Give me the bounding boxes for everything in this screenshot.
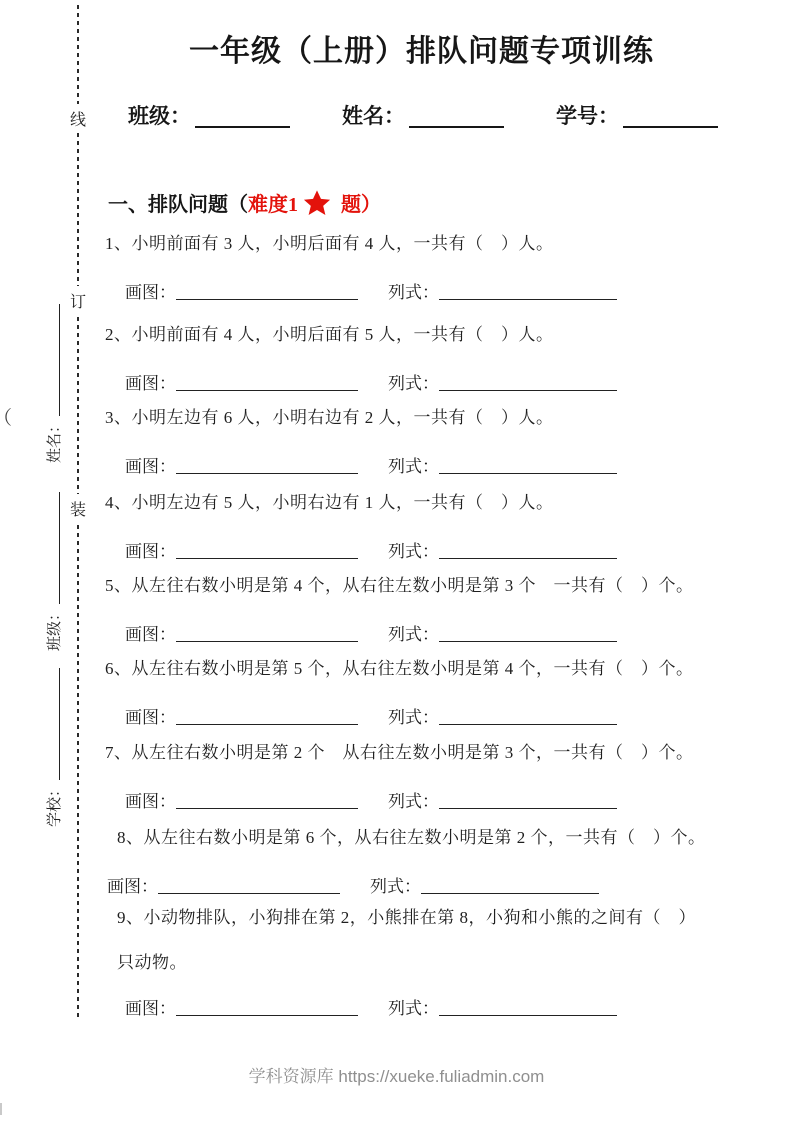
problem-7-answer-row: 画图：列式： (125, 787, 757, 812)
problem-3-text: 3、小明左边有 6 人，小明右边有 2 人，一共有（ ）人。 (105, 405, 757, 431)
problem-2-formula-blank[interactable] (439, 376, 617, 391)
worksheet-page: 线 订 装 姓名： 班级： 学校： 一年级（上册）排队问题专项训练 班级： 姓名… (0, 0, 793, 1122)
problem-9-draw-blank[interactable] (176, 1001, 358, 1016)
draw-label: 画图： (125, 283, 176, 302)
problem-4-formula-blank[interactable] (439, 544, 617, 559)
margin-field-school-blank[interactable] (58, 668, 60, 780)
problem-9: 9、小动物排队，小狗排在第 2，小熊排在第 8，小狗和小熊的之间有（ ） 只动物… (105, 905, 757, 1019)
formula-label: 列式： (388, 374, 439, 393)
problem-5: 5、从左往右数小明是第 4 个，从右往左数小明是第 3 个 一共有（ ）个。 画… (105, 573, 757, 645)
margin-field-class: 班级： (44, 461, 64, 651)
problem-7: 7、从左往右数小明是第 2 个 从右往左数小明是第 3 个，一共有（ ）个。 画… (105, 740, 757, 812)
problem-1-text: 1、小明前面有 3 人，小明后面有 4 人，一共有（ ）人。 (105, 231, 757, 257)
draw-label: 画图： (125, 625, 176, 644)
problem-8-text: 8、从左往右数小明是第 6 个，从右往左数小明是第 2 个，一共有（ ）个。 (117, 825, 757, 851)
formula-label: 列式： (370, 877, 421, 896)
footer-source-text: 学科资源库 https://xueke.fuliadmin.com (0, 1062, 793, 1087)
formula-label: 列式： (388, 283, 439, 302)
student-info-row: 班级： 姓名： 学号： (128, 100, 763, 130)
section-difficulty: 难度1 (248, 194, 298, 216)
problem-3-answer-row: 画图：列式： (125, 452, 757, 477)
field-class-label: 班级： (128, 100, 191, 130)
field-student-id-blank[interactable] (623, 124, 718, 128)
problem-5-draw-blank[interactable] (176, 627, 358, 642)
margin-field-school: 学校： (44, 637, 64, 827)
draw-label: 画图： (125, 374, 176, 393)
formula-label: 列式： (388, 625, 439, 644)
page-title: 一年级（上册）排队问题专项训练 (80, 26, 763, 70)
margin-field-name-label: 姓名： (43, 418, 64, 463)
problem-5-formula-blank[interactable] (439, 627, 617, 642)
problem-8-formula-blank[interactable] (421, 879, 599, 894)
binding-char-xian: 线 (66, 104, 90, 133)
binding-char-zhuang: 装 (66, 494, 90, 523)
draw-label: 画图： (125, 457, 176, 476)
formula-label: 列式： (388, 542, 439, 561)
problem-7-draw-blank[interactable] (176, 794, 358, 809)
field-student-id-label: 学号： (556, 100, 619, 130)
problem-6-formula-blank[interactable] (439, 710, 617, 725)
field-class-blank[interactable] (195, 124, 290, 128)
problem-3-formula-blank[interactable] (439, 459, 617, 474)
field-name: 姓名： (342, 100, 504, 130)
star-icon (302, 189, 332, 217)
problem-4-text: 4、小明左边有 5 人，小明右边有 1 人，一共有（ ）人。 (105, 490, 757, 516)
problem-3-draw-blank[interactable] (176, 459, 358, 474)
draw-label: 画图： (125, 542, 176, 561)
problem-5-text: 5、从左往右数小明是第 4 个，从右往左数小明是第 3 个 一共有（ ）个。 (105, 573, 757, 599)
problem-6-answer-row: 画图：列式： (125, 703, 757, 728)
scan-edge-tick (0, 1103, 2, 1115)
problem-2-draw-blank[interactable] (176, 376, 358, 391)
problem-9-text: 9、小动物排队，小狗排在第 2，小熊排在第 8，小狗和小熊的之间有（ ） (117, 905, 757, 931)
formula-label: 列式： (388, 457, 439, 476)
problem-6: 6、从左往右数小明是第 5 个，从右往左数小明是第 4 个，一共有（ ）个。 画… (105, 656, 757, 728)
margin-field-school-label: 学校： (43, 782, 64, 827)
binding-char-ding: 订 (66, 286, 90, 315)
problem-8-draw-blank[interactable] (158, 879, 340, 894)
problem-9-answer-row: 画图：列式： (125, 994, 757, 1019)
field-class: 班级： (128, 100, 290, 130)
problem-2-text: 2、小明前面有 4 人，小明后面有 5 人，一共有（ ）人。 (105, 322, 757, 348)
problem-6-draw-blank[interactable] (176, 710, 358, 725)
problem-1: 1、小明前面有 3 人，小明后面有 4 人，一共有（ ）人。 画图：列式： (105, 231, 757, 303)
section-heading-prefix: 一、排队问题（ (108, 194, 248, 216)
field-name-blank[interactable] (409, 124, 504, 128)
draw-label: 画图： (125, 999, 176, 1018)
problem-3: 3、小明左边有 6 人，小明右边有 2 人，一共有（ ）人。 画图：列式： (105, 405, 757, 477)
problem-4-draw-blank[interactable] (176, 544, 358, 559)
margin-field-class-blank[interactable] (58, 492, 60, 604)
problem-1-draw-blank[interactable] (176, 285, 358, 300)
field-student-id: 学号： (556, 100, 718, 130)
problem-4: 4、小明左边有 5 人，小明右边有 1 人，一共有（ ）人。 画图：列式： (105, 490, 757, 562)
draw-label: 画图： (125, 708, 176, 727)
problem-2-answer-row: 画图：列式： (125, 369, 757, 394)
problem-8: 8、从左往右数小明是第 6 个，从右往左数小明是第 2 个，一共有（ ）个。 画… (105, 825, 757, 897)
field-name-label: 姓名： (342, 100, 405, 130)
problem-9-text-line2: 只动物。 (117, 950, 757, 976)
problem-7-text: 7、从左往右数小明是第 2 个 从右往左数小明是第 3 个，一共有（ ）个。 (105, 740, 757, 766)
problem-5-answer-row: 画图：列式： (125, 620, 757, 645)
problem-2: 2、小明前面有 4 人，小明后面有 5 人，一共有（ ）人。 画图：列式： (105, 322, 757, 394)
problem-9-formula-blank[interactable] (439, 1001, 617, 1016)
problem-1-answer-row: 画图：列式： (125, 278, 757, 303)
draw-label: 画图： (125, 792, 176, 811)
section-heading-suffix: 题） (336, 194, 381, 216)
problem-1-formula-blank[interactable] (439, 285, 617, 300)
formula-label: 列式： (388, 792, 439, 811)
section-heading: 一、排队问题（难度1 题） (108, 188, 381, 217)
margin-field-name: 姓名： (44, 273, 64, 463)
margin-field-name-blank[interactable] (58, 304, 60, 416)
problem-8-answer-row: 画图：列式： (107, 872, 757, 897)
formula-label: 列式： (388, 708, 439, 727)
draw-label: 画图： (107, 877, 158, 896)
problem-4-answer-row: 画图：列式： (125, 537, 757, 562)
formula-label: 列式： (388, 999, 439, 1018)
scan-edge-mark: （ (0, 403, 12, 430)
problem-6-text: 6、从左往右数小明是第 5 个，从右往左数小明是第 4 个，一共有（ ）个。 (105, 656, 757, 682)
problem-7-formula-blank[interactable] (439, 794, 617, 809)
